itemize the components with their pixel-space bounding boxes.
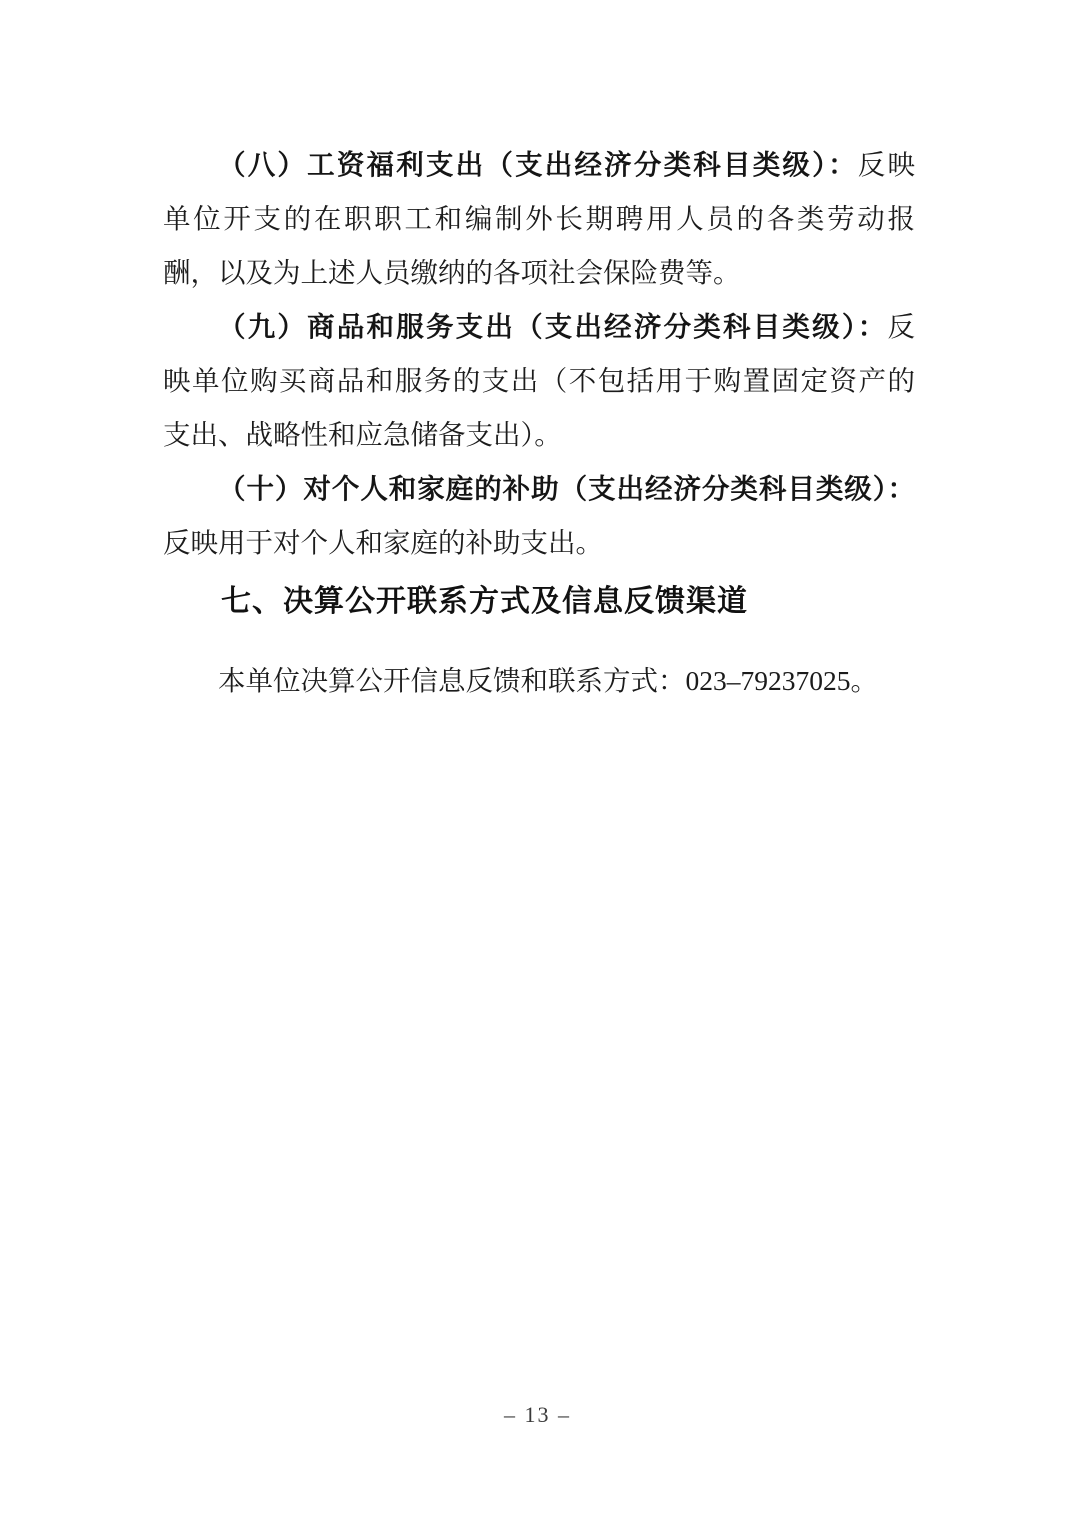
paragraph-9-lead: （九）商品和服务支出（支出经济分类科目类级）： xyxy=(218,311,888,342)
paragraph-9-text: 映单位购买商品和服务的支出（不包括用于购置固定资产的 xyxy=(163,365,915,396)
paragraph-10-line-2: 反映用于对个人和家庭的补助支出。 xyxy=(163,516,915,570)
paragraph-10-line-1: （十）对个人和家庭的补助（支出经济分类科目类级）： xyxy=(163,462,915,516)
contact-line-text: 本单位决算公开信息反馈和联系方式：023–79237025。 xyxy=(218,665,878,696)
paragraph-8-text: 酬，以及为上述人员缴纳的各项社会保险费等。 xyxy=(163,257,741,288)
paragraph-8-line-3: 酬，以及为上述人员缴纳的各项社会保险费等。 xyxy=(163,246,915,300)
paragraph-9-line-3: 支出、战略性和应急储备支出）。 xyxy=(163,408,915,462)
paragraph-10-text: 反映用于对个人和家庭的补助支出。 xyxy=(163,527,603,558)
paragraph-9-line-1: （九）商品和服务支出（支出经济分类科目类级）：反 xyxy=(163,300,915,354)
paragraph-8-text: 反映 xyxy=(858,149,915,180)
contact-line: 本单位决算公开信息反馈和联系方式：023–79237025。 xyxy=(163,654,915,708)
paragraph-8-lead: （八）工资福利支出（支出经济分类科目类级）： xyxy=(218,149,858,180)
paragraph-10-lead: （十）对个人和家庭的补助（支出经济分类科目类级）： xyxy=(218,473,915,504)
paragraph-8-line-1: （八）工资福利支出（支出经济分类科目类级）：反映 xyxy=(163,138,915,192)
section-heading: 七、决算公开联系方式及信息反馈渠道 xyxy=(163,578,915,626)
document-page: （八）工资福利支出（支出经济分类科目类级）：反映 单位开支的在职职工和编制外长期… xyxy=(0,0,1075,1520)
paragraph-9-text: 支出、战略性和应急储备支出）。 xyxy=(163,419,562,450)
paragraph-8-text: 单位开支的在职职工和编制外长期聘用人员的各类劳动报 xyxy=(163,203,915,234)
document-body: （八）工资福利支出（支出经济分类科目类级）：反映 单位开支的在职职工和编制外长期… xyxy=(163,138,915,708)
paragraph-9-text: 反 xyxy=(888,311,916,342)
page-number: – 13 – xyxy=(0,1402,1075,1428)
paragraph-9-line-2: 映单位购买商品和服务的支出（不包括用于购置固定资产的 xyxy=(163,354,915,408)
paragraph-8-line-2: 单位开支的在职职工和编制外长期聘用人员的各类劳动报 xyxy=(163,192,915,246)
